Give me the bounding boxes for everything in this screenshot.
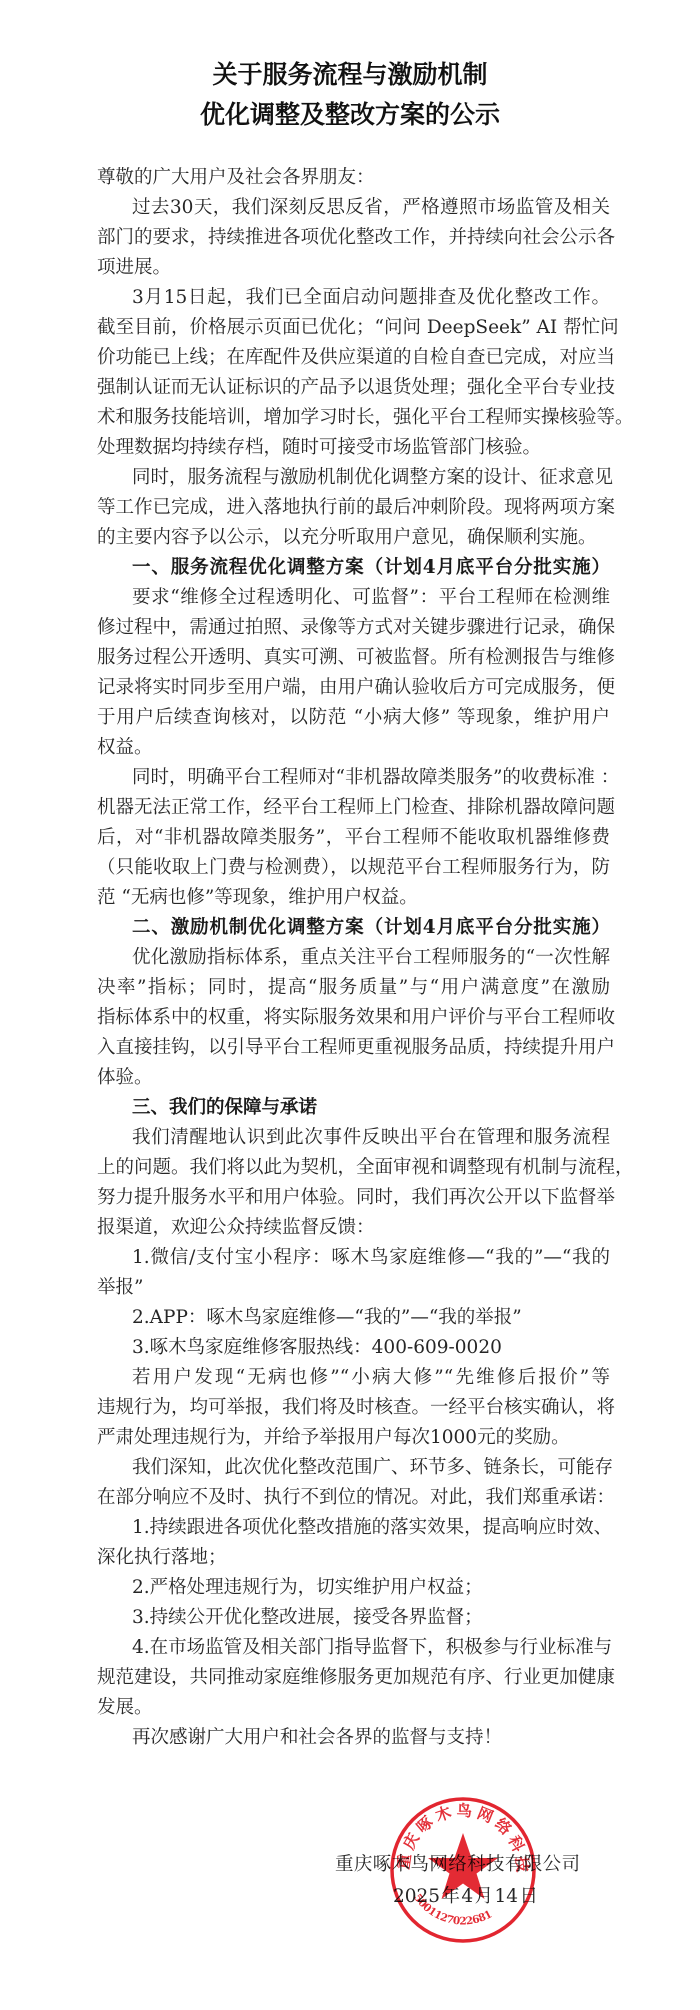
body-text-line: 优化激励指标体系，重点关注平台工程师服务的“一次性解 — [97, 943, 610, 973]
body-text-line: 修过程中，需通过拍照、录像等方式对关键步骤进行记录，确保 — [97, 613, 610, 643]
svg-text:5001127022681: 5001127022681 — [411, 1892, 494, 1928]
section-heading: 二、激励机制优化调整方案（计划4月底平台分批实施） — [97, 913, 610, 943]
body-text-line: 价功能已上线；在库配件及供应渠道的自检自查已完成，对应当 — [97, 343, 610, 373]
body-text-line: 同时，明确平台工程师对“非机器故障类服务”的收费标准 ： — [97, 763, 610, 793]
seal-code-text: 5001127022681 — [411, 1892, 494, 1928]
body-text-line: 后，对“非机器故障类服务”，平台工程师不能收取机器维修费 — [97, 823, 610, 853]
body-text-line: 指标体系中的权重，将实际服务效果和用户评价与平台工程师收 — [97, 1003, 610, 1033]
body-text-line: 在部分响应不及时、执行不到位的情况。对此，我们郑重承诺： — [97, 1483, 610, 1513]
body-text-line: 我们深知，此次优化整改范围广、环节多、链条长，可能存 — [97, 1453, 610, 1483]
body-text-line: 部门的要求，持续推进各项优化整改工作，并持续向社会公示各 — [97, 223, 610, 253]
body-text-line: 1.微信/支付宝小程序：啄木鸟家庭维修—“我的”—“我的 — [97, 1243, 610, 1273]
body-text-line: 项进展。 — [97, 253, 610, 283]
body-text-line: 要求“维修全过程透明化、可监督”：平台工程师在检测维 — [97, 583, 610, 613]
body-text-line: 记录将实时同步至用户端，由用户确认验收后方可完成服务，便 — [97, 673, 610, 703]
body-text-line: 范 “无病也修”等现象，维护用户权益。 — [97, 883, 610, 913]
body-text-line: 截至目前，价格展示页面已优化；“问问 DeepSeek” AI 帮忙问 — [97, 313, 610, 343]
body-text-line: 入直接挂钩，以引导平台工程师更重视服务品质，持续提升用户 — [97, 1033, 610, 1063]
body-text-line: 2.APP：啄木鸟家庭维修—“我的”—“我的举报” — [97, 1303, 610, 1333]
body-text-line: 于用户后续查询核对，以防范 “小病大修” 等现象，维护用户 — [97, 703, 610, 733]
body-text-line: 2.严格处理违规行为，切实维护用户权益； — [97, 1573, 610, 1603]
body-text-line: 的主要内容予以公示，以充分听取用户意见，确保顺利实施。 — [97, 523, 610, 553]
body-text-line: 违规行为，均可举报，我们将及时核查。一经平台核实确认，将 — [97, 1393, 610, 1423]
section-heading: 三、我们的保障与承诺 — [97, 1093, 610, 1123]
body-text-line: 等工作已完成，进入落地执行前的最后冲刺阶段。现将两项方案 — [97, 493, 610, 523]
body-text-line: 严肃处理违规行为，并给予举报用户每次1000元的奖励。 — [97, 1423, 610, 1453]
body-text-line: 发展。 — [97, 1693, 610, 1723]
document-title-line-1: 关于服务流程与激励机制 — [0, 55, 700, 95]
document-title-line-2: 优化调整及整改方案的公示 — [0, 95, 700, 135]
body-text-line: 规范建设，共同推动家庭维修服务更加规范有序、行业更加健康 — [97, 1663, 610, 1693]
body-text-line: 体验。 — [97, 1063, 610, 1093]
body-text-line: 尊敬的广大用户及社会各界朋友： — [97, 163, 610, 193]
body-text-line: 报渠道，欢迎公众持续监督反馈： — [97, 1213, 610, 1243]
body-text-line: 3月15日起，我们已全面启动问题排查及优化整改工作。 — [97, 283, 610, 313]
body-text-line: 上的问题。我们将以此为契机，全面审视和调整现有机制与流程， — [97, 1153, 610, 1183]
body-text-line: 决率”指标；同时，提高“服务质量”与“用户满意度”在激励 — [97, 973, 610, 1003]
body-text-line: 权益。 — [97, 733, 610, 763]
body-text-line: 服务过程公开透明、真实可溯、可被监督。所有检测报告与维修 — [97, 643, 610, 673]
body-text-line: 深化执行落地； — [97, 1543, 610, 1573]
body-text-line: （只能收取上门费与检测费），以规范平台工程师服务行为，防 — [97, 853, 610, 883]
body-text-line: 强制认证而无认证标识的产品予以退货处理；强化全平台专业技 — [97, 373, 610, 403]
body-text-line: 处理数据均持续存档，随时可接受市场监管部门核验。 — [97, 433, 610, 463]
body-text-line: 机器无法正常工作，经平台工程师上门检查、排除机器故障问题 — [97, 793, 610, 823]
notice-document: 关于服务流程与激励机制 优化调整及整改方案的公示 尊敬的广大用户及社会各界朋友：… — [0, 0, 700, 2010]
body-text-line: 4.在市场监管及相关部门指导监督下，积极参与行业标准与 — [97, 1633, 610, 1663]
body-text-line: 3.啄木鸟家庭维修客服热线：400-609-0020 — [97, 1333, 610, 1363]
body-text-line: 努力提升服务水平和用户体验。同时，我们再次公开以下监督举 — [97, 1183, 610, 1213]
body-text-line: 3.持续公开优化整改进展，接受各界监督； — [97, 1603, 610, 1633]
section-heading: 一、服务流程优化调整方案（计划4月底平台分批实施） — [97, 553, 610, 583]
company-seal-icon: 重庆啄木鸟网络科技有限公司 5001127022681 — [388, 1795, 538, 1945]
body-text-line: 举报” — [97, 1273, 610, 1303]
body-text-line: 若用户发现“无病也修”“小病大修”“先维修后报价”等 — [97, 1363, 610, 1393]
body-text-line: 同时，服务流程与激励机制优化调整方案的设计、征求意见 — [97, 463, 610, 493]
body-text-line: 再次感谢广大用户和社会各界的监督与支持！ — [97, 1723, 610, 1753]
body-text-line: 术和服务技能培训，增加学习时长，强化平台工程师实操核验等。 — [97, 403, 610, 433]
body-text-line: 1.持续跟进各项优化整改措施的落实效果，提高响应时效、 — [97, 1513, 610, 1543]
document-body: 尊敬的广大用户及社会各界朋友：过去30天，我们深刻反思反省，严格遵照市场监管及相… — [97, 163, 610, 1753]
body-text-line: 过去30天，我们深刻反思反省，严格遵照市场监管及相关 — [97, 193, 610, 223]
body-text-line: 我们清醒地认识到此次事件反映出平台在管理和服务流程 — [97, 1123, 610, 1153]
